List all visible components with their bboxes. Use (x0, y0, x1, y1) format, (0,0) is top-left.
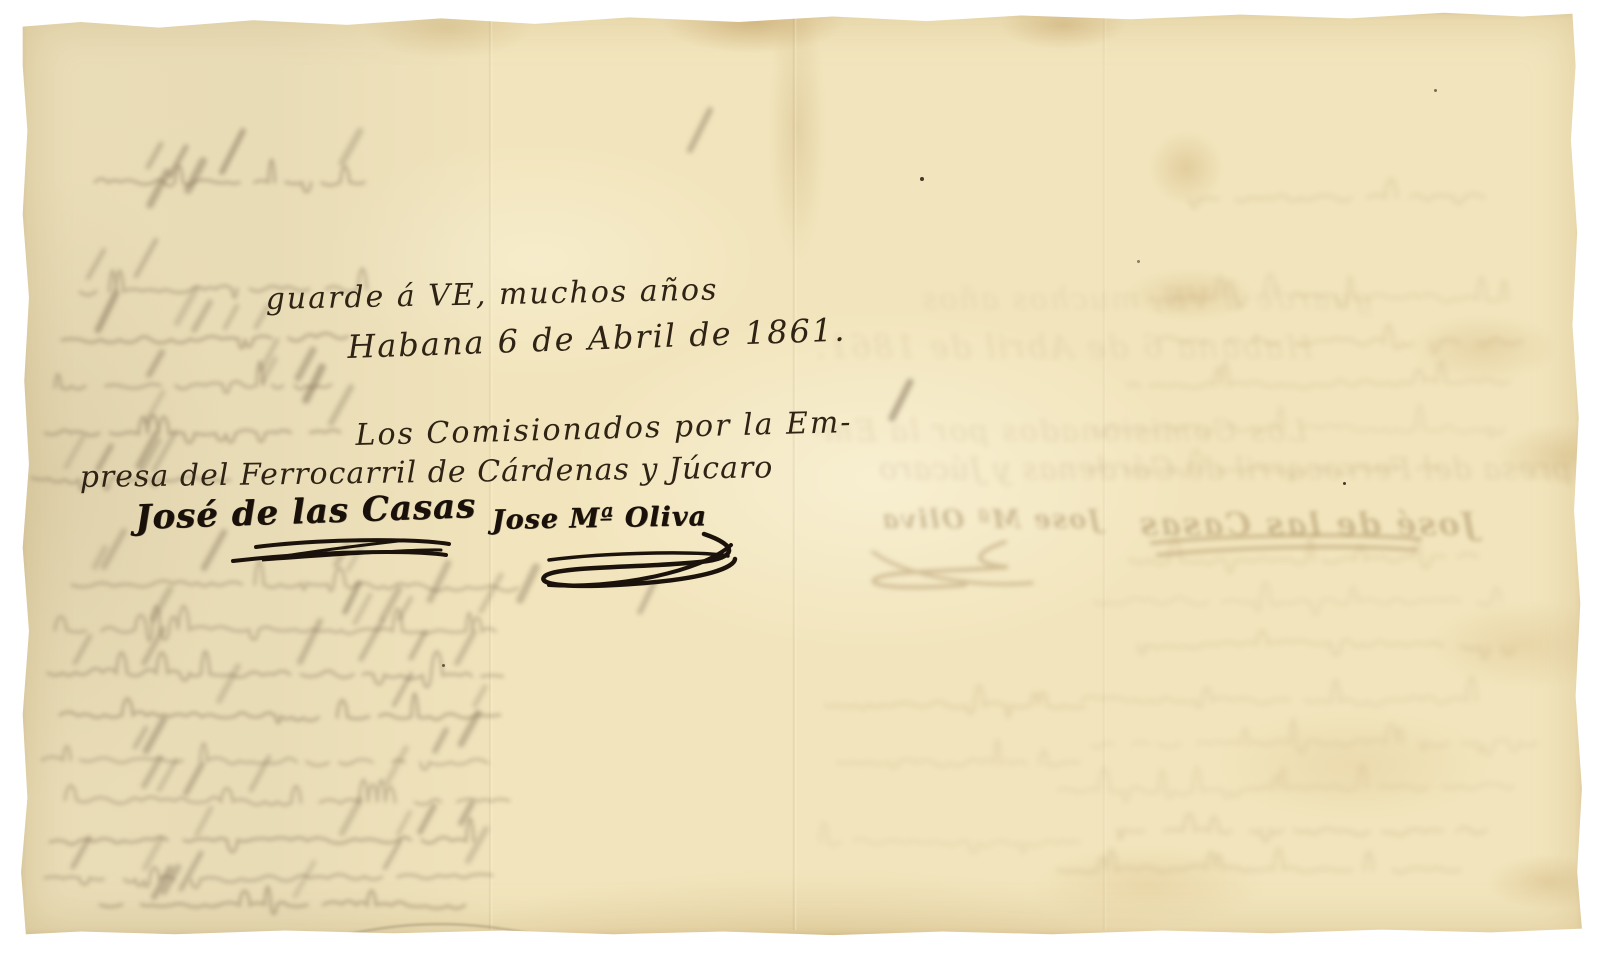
dust-speck (442, 664, 445, 667)
page-content: guarde á VE, muchos años Habana 6 de Abr… (0, 0, 1600, 955)
manuscript-page: guarde á VE, muchos años Habana 6 de Abr… (18, 10, 1585, 937)
pencil-arc-mark (0, 0, 1600, 955)
dust-speck (1137, 260, 1140, 263)
scanned-document: guarde á VE, muchos años Habana 6 de Abr… (0, 0, 1600, 955)
dust-speck (1434, 89, 1437, 92)
dust-speck (1343, 482, 1346, 485)
dust-speck (920, 177, 924, 181)
